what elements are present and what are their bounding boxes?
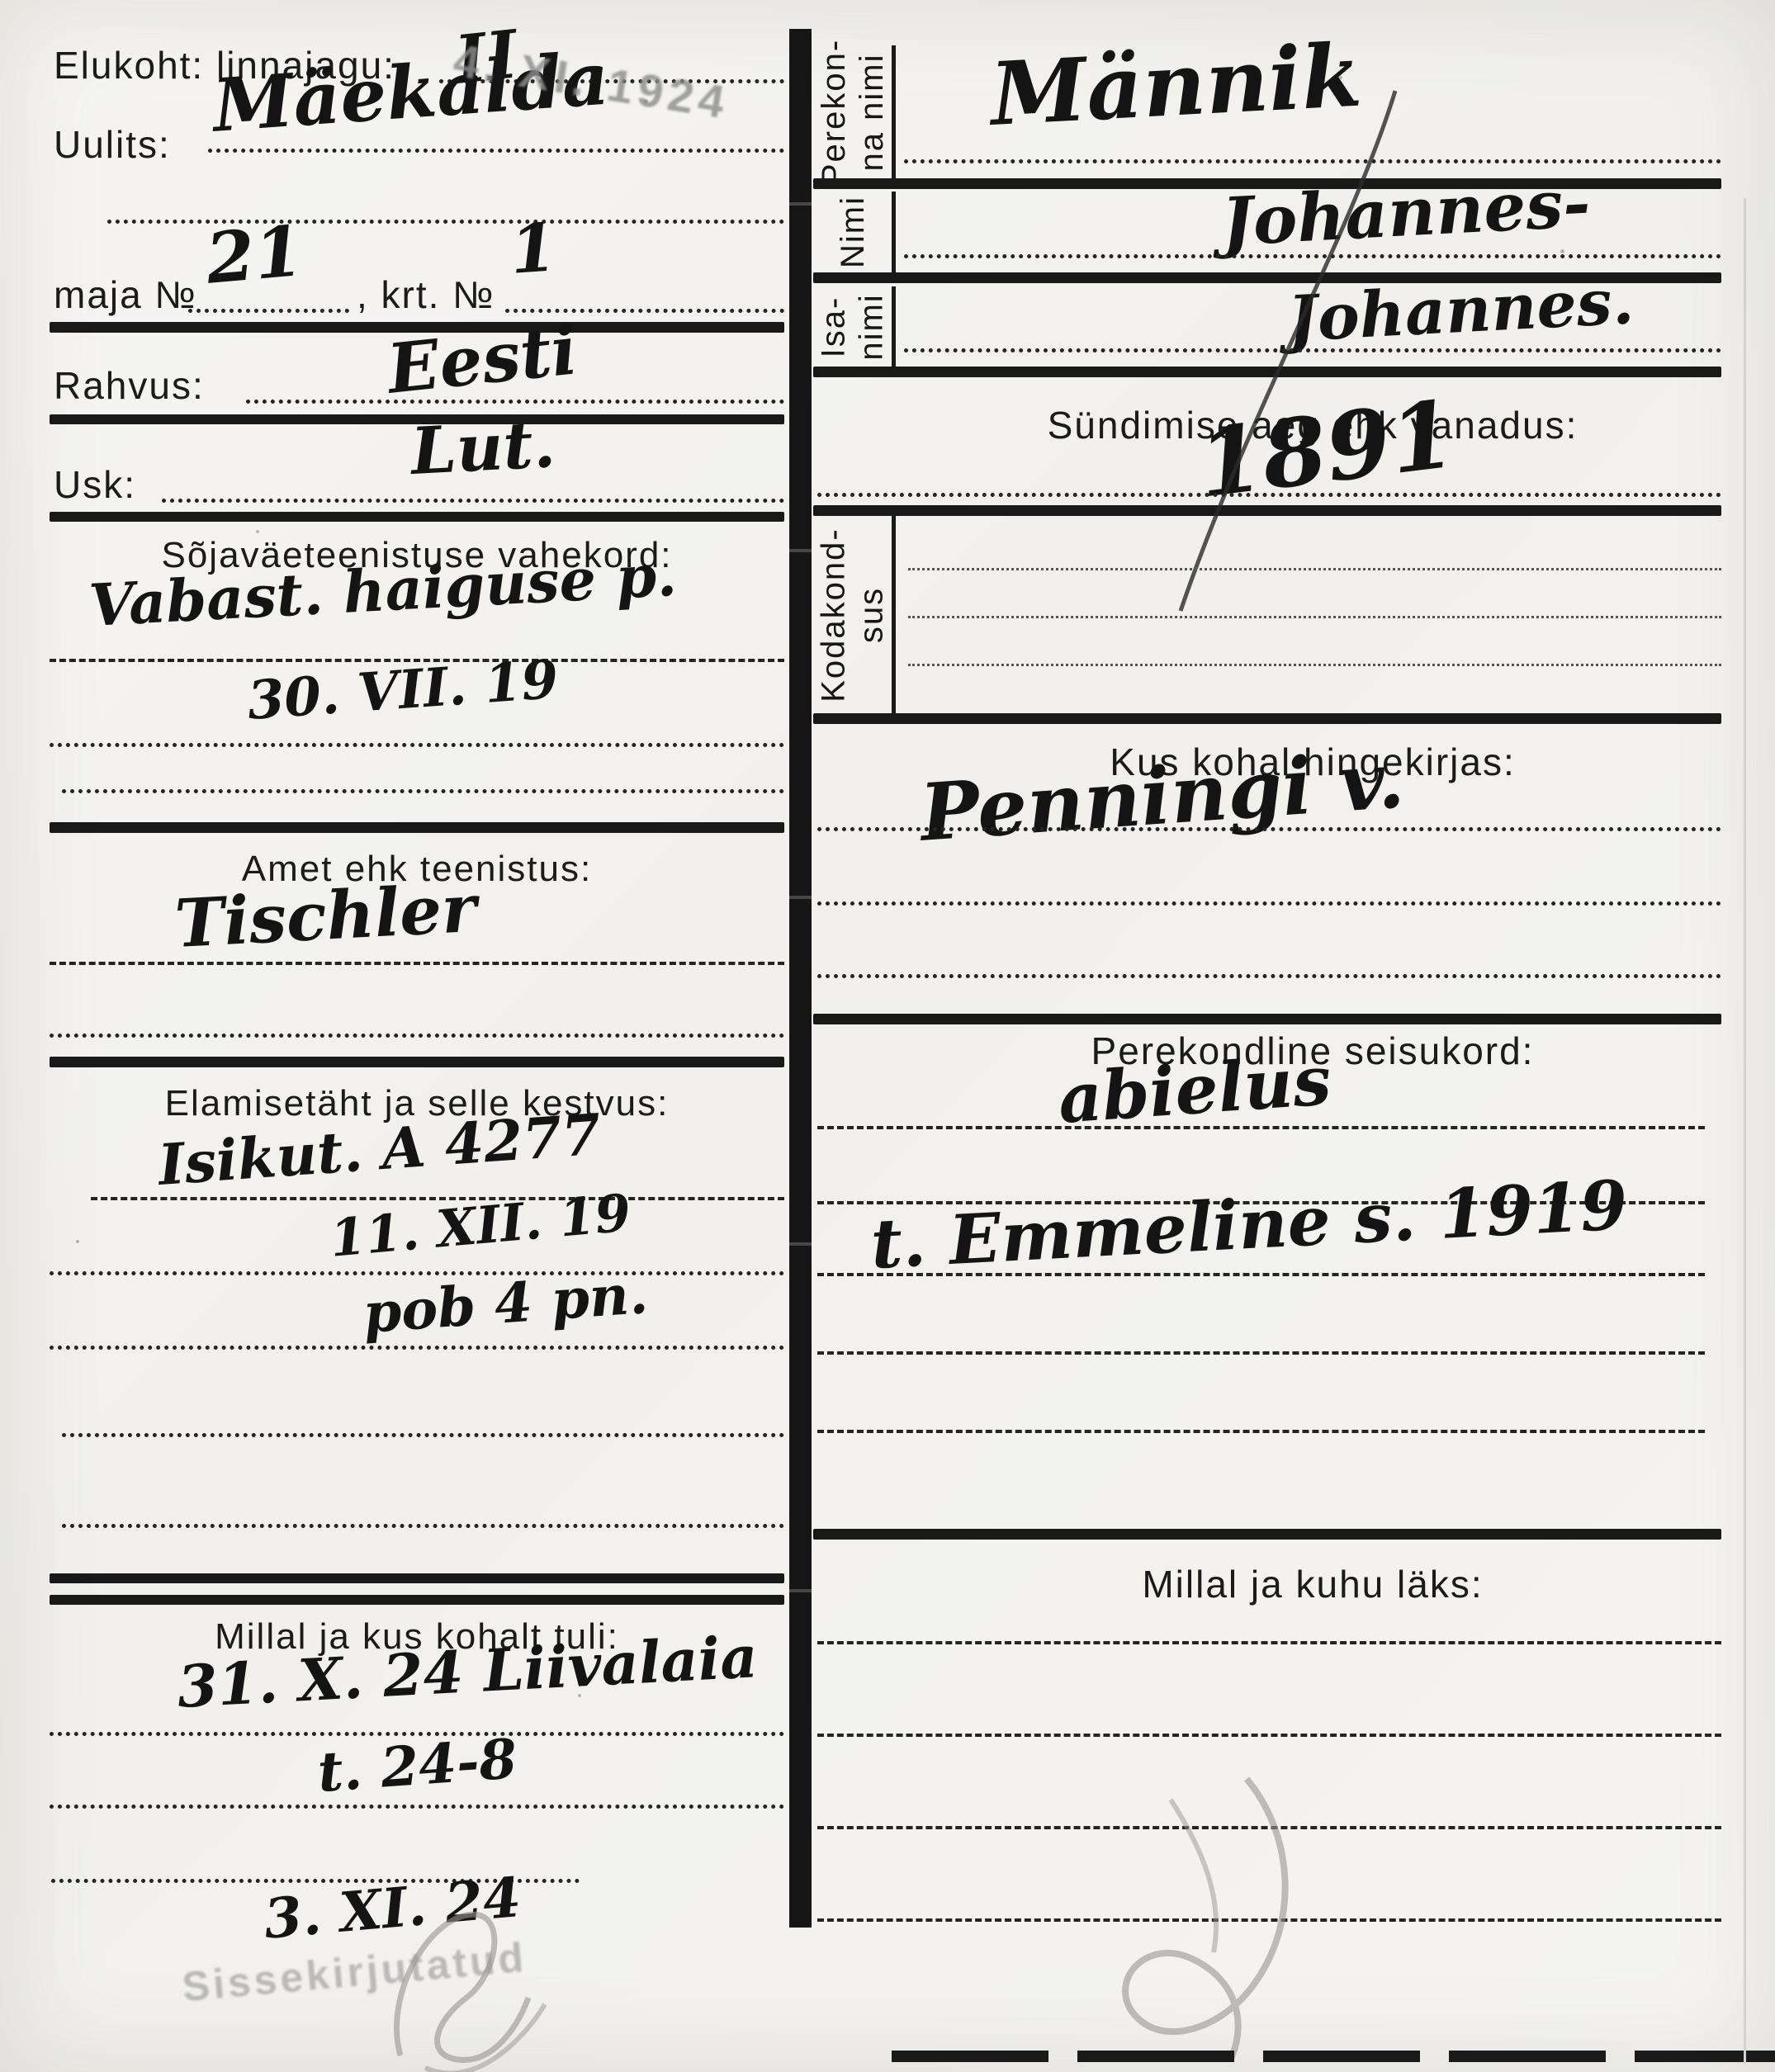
maja-value: 21 (203, 210, 306, 300)
field-line (50, 1346, 784, 1350)
millal-tuli-value-line2: t. 24-8 (315, 1726, 518, 1805)
kodakondsus-label-cell: Kodakond- sus (814, 516, 892, 714)
scan-speck (256, 530, 259, 533)
empty-line (50, 1034, 784, 1038)
uulits-label: Uulits: (54, 122, 171, 167)
field-line (817, 827, 1721, 831)
krt-value: 1 (508, 208, 559, 289)
maja-line (188, 309, 349, 313)
section-rule (50, 1057, 784, 1067)
krt-label: , krt. № (357, 272, 495, 317)
perekonnanimi-label: Perekon- na nimi (815, 39, 891, 186)
bottom-rule (892, 2051, 1775, 2062)
nimi-label: Nimi (834, 196, 872, 268)
field-line (50, 962, 784, 965)
field-line (50, 743, 784, 747)
perekondline-value-line2: t. Emmeline s. 1919 (869, 1166, 1629, 1284)
field-line (817, 1273, 1705, 1276)
registration-card: Elukoht: linnajagu: II Uulits: Mäekalda … (0, 0, 1775, 2072)
perekonnanimi-label-cell: Perekon- na nimi (814, 45, 892, 179)
usk-label: Usk: (54, 462, 136, 507)
field-line (817, 1126, 1705, 1129)
page-edge-crease (1744, 198, 1746, 2064)
scan-speck (1560, 249, 1564, 253)
section-rule (50, 512, 784, 522)
field-line (817, 901, 1721, 906)
section-rule (813, 713, 1721, 724)
usk-line (162, 499, 784, 503)
empty-line (817, 1734, 1721, 1737)
empty-line (817, 1351, 1705, 1355)
section-rule (50, 822, 784, 833)
empty-line (62, 1524, 784, 1528)
label-rule (892, 45, 896, 179)
millal-laks-label: Millal ja kuhu läks: (900, 1562, 1725, 1606)
label-rule (892, 286, 896, 367)
empty-line (817, 1641, 1721, 1644)
empty-line (908, 568, 1721, 570)
kodakondsus-label: Kodakond- sus (815, 527, 891, 702)
empty-line (908, 616, 1721, 618)
empty-line (908, 664, 1721, 666)
pencil-flourish (1073, 1767, 1346, 2064)
nimi-label-cell: Nimi (814, 192, 892, 272)
rahvus-label: Rahvus: (54, 363, 205, 408)
rahvus-line (246, 400, 784, 404)
isanimi-label: Isa- nimi (815, 293, 891, 360)
usk-value: Lut. (409, 407, 557, 490)
label-rule (892, 192, 896, 272)
field-line (50, 1271, 784, 1275)
pencil-signature (376, 1899, 566, 2072)
section-rule (813, 1014, 1721, 1024)
pen-stroke (1156, 87, 1403, 615)
section-rule (50, 1573, 784, 1583)
krt-line (505, 309, 784, 313)
label-rule (892, 516, 896, 714)
section-rule (813, 1529, 1721, 1540)
column-divider (789, 29, 812, 1928)
maja-label: maja № (54, 272, 197, 317)
elamisetaht-value-line2: 11. XII. 19 (328, 1182, 633, 1269)
field-line (50, 1805, 784, 1809)
uulits-line (208, 149, 784, 153)
isanimi-label-cell: Isa- nimi (814, 286, 892, 367)
amet-value: Tischler (173, 869, 479, 963)
empty-line (817, 1430, 1705, 1433)
scan-speck (76, 1240, 79, 1243)
empty-line (62, 789, 784, 793)
empty-line (62, 1433, 784, 1437)
scan-speck (578, 1694, 581, 1697)
section-rule (50, 1595, 784, 1605)
scan-speck (644, 99, 648, 103)
scan-speck (1339, 76, 1342, 79)
empty-line (817, 974, 1721, 978)
